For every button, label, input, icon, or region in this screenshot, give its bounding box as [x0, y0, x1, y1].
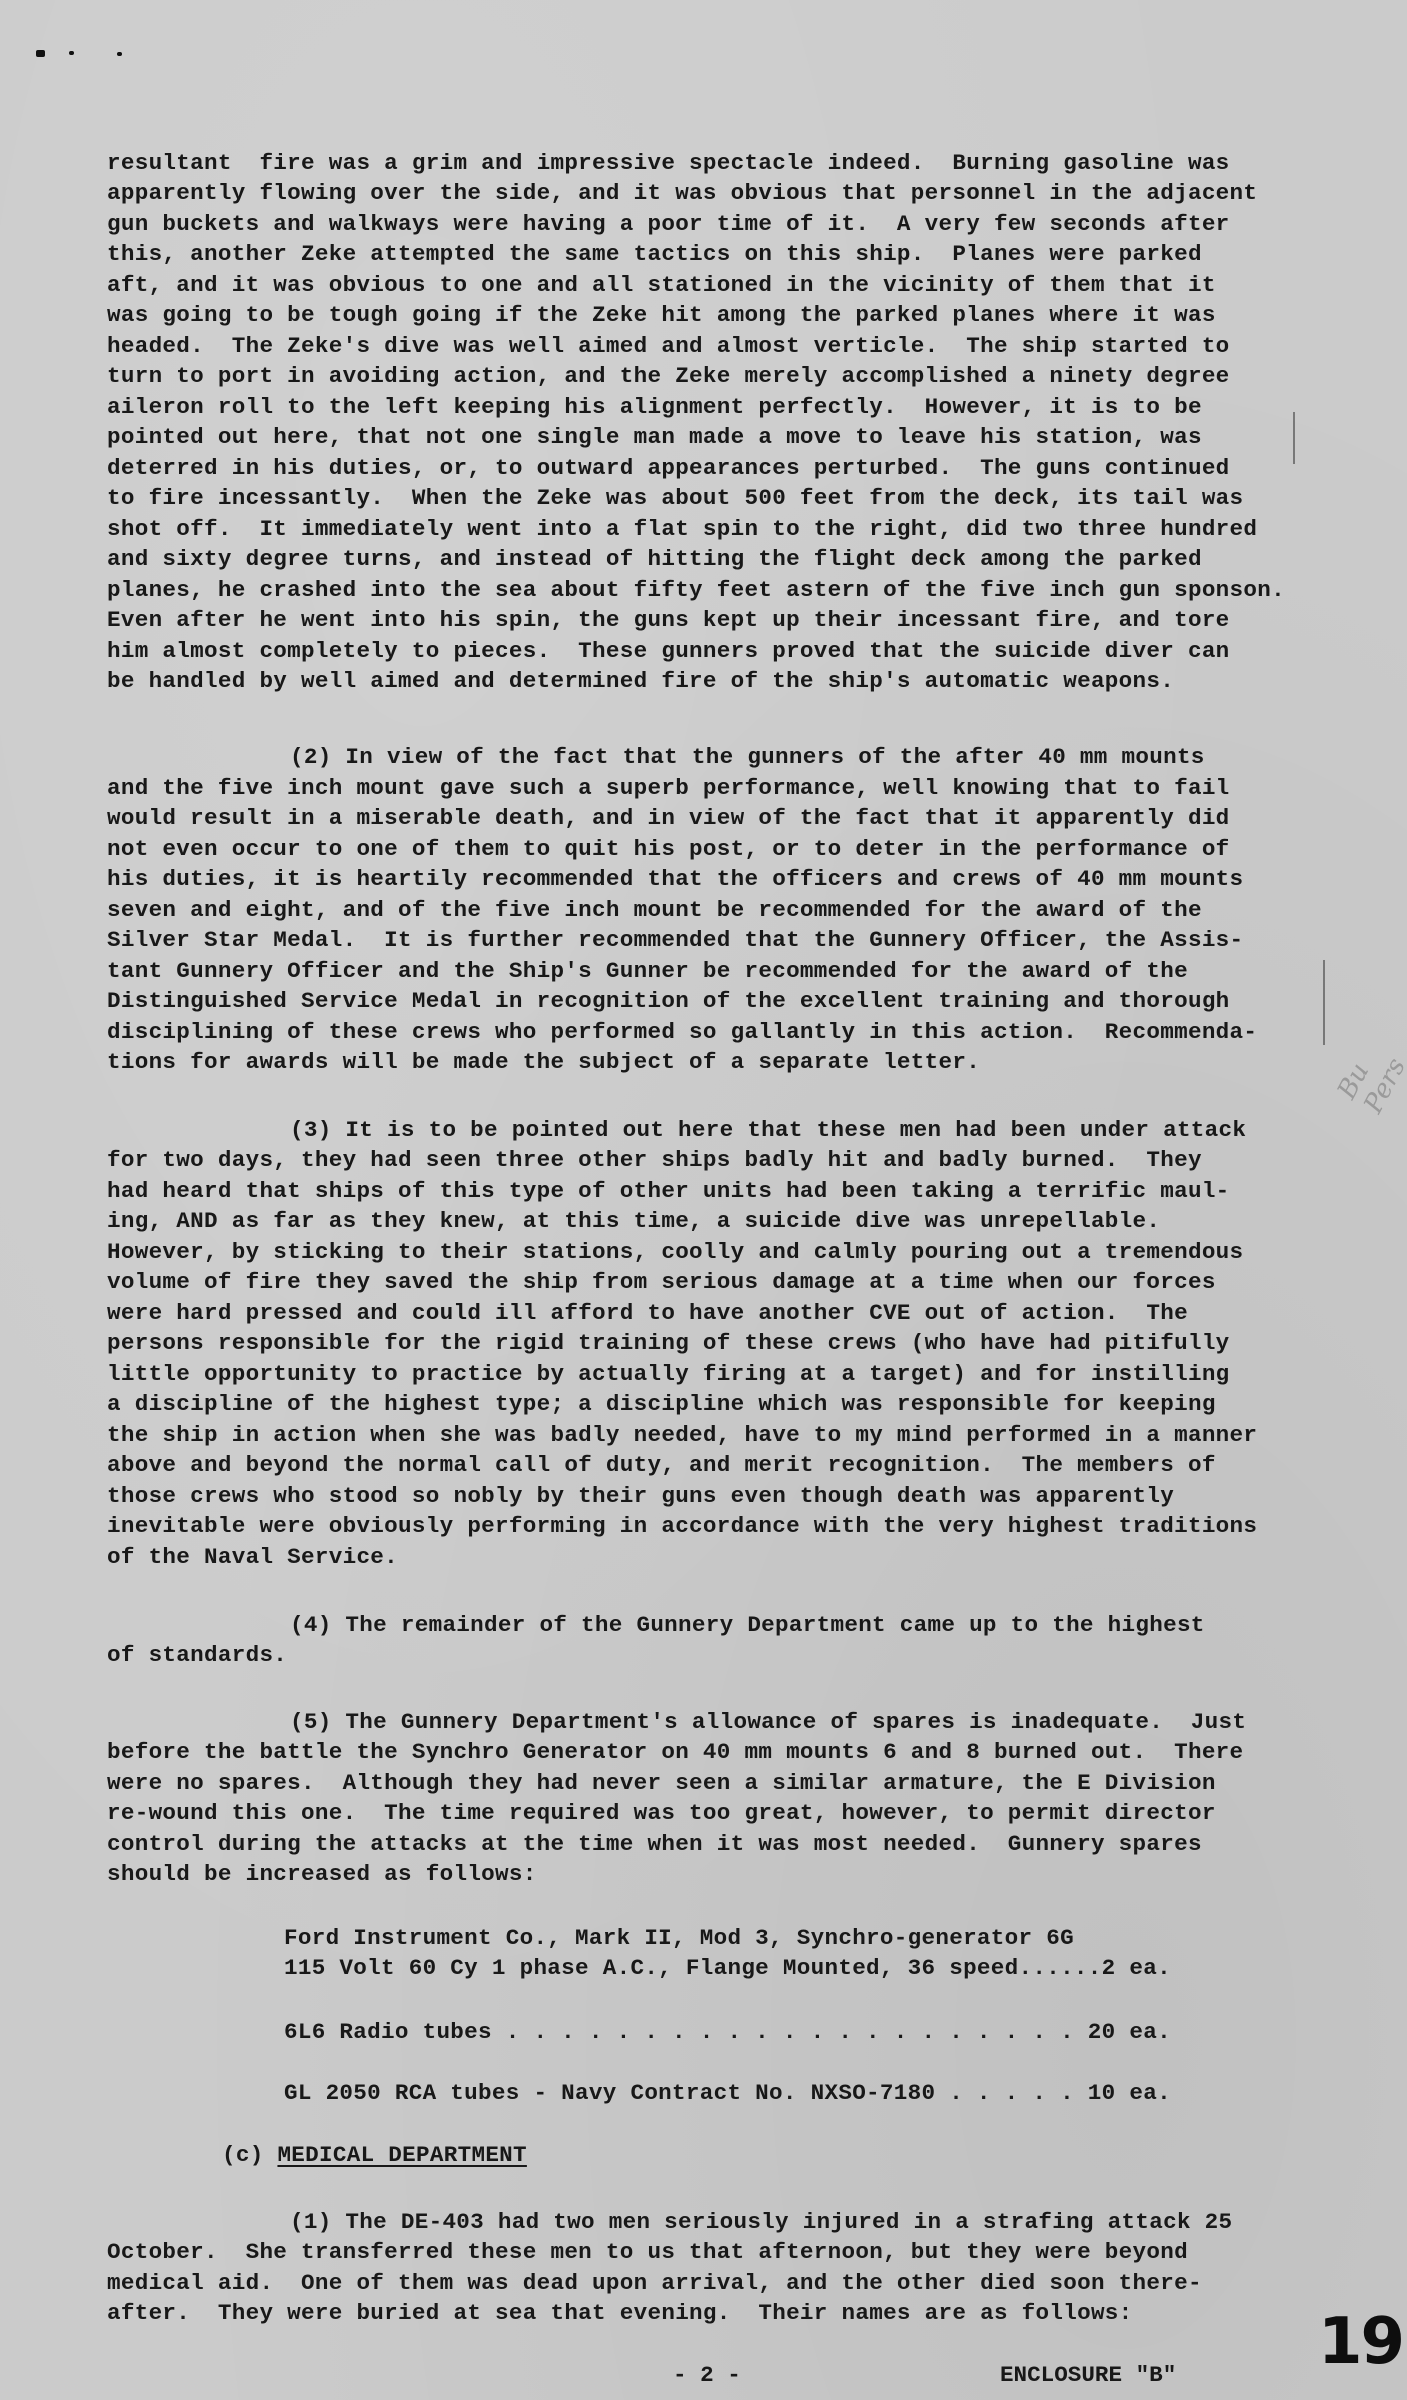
ink-speck: [69, 51, 74, 55]
text-line: his duties, it is heartily recommended t…: [107, 864, 1243, 894]
text-line: (2) In view of the fact that the gunners…: [290, 742, 1205, 772]
text-line: control during the attacks at the time w…: [107, 1829, 1202, 1859]
text-line: ing, AND as far as they knew, at this ti…: [107, 1206, 1160, 1236]
ink-speck: [36, 50, 45, 57]
margin-mark: [1323, 960, 1325, 1045]
text-line: of standards.: [107, 1640, 287, 1670]
text-line: resultant fire was a grim and impressive…: [107, 148, 1230, 178]
text-line: pointed out here, that not one single ma…: [107, 422, 1202, 452]
text-line: and the five inch mount gave such a supe…: [107, 773, 1230, 803]
margin-annotation: Bu Pers: [1332, 1024, 1407, 1118]
section-heading: (c) MEDICAL DEPARTMENT: [222, 2140, 527, 2170]
text-line: inevitable were obviously performing in …: [107, 1511, 1257, 1541]
text-line: medical aid. One of them was dead upon a…: [107, 2268, 1202, 2298]
text-line: Even after he went into his spin, the gu…: [107, 605, 1230, 635]
text-line: had heard that ships of this type of oth…: [107, 1176, 1230, 1206]
section-label: (c): [222, 2142, 277, 2168]
text-line: and sixty degree turns, and instead of h…: [107, 544, 1202, 574]
text-line: those crews who stood so nobly by their …: [107, 1481, 1174, 1511]
text-line: (5) The Gunnery Department's allowance o…: [290, 1707, 1246, 1737]
text-line: gun buckets and walkways were having a p…: [107, 209, 1230, 239]
text-line: re-wound this one. The time required was…: [107, 1798, 1216, 1828]
text-line: October. She transferred these men to us…: [107, 2237, 1188, 2267]
text-line: this, another Zeke attempted the same ta…: [107, 239, 1202, 269]
text-line: aft, and it was obvious to one and all s…: [107, 270, 1216, 300]
text-line: (4) The remainder of the Gunnery Departm…: [290, 1610, 1205, 1640]
text-line: (3) It is to be pointed out here that th…: [290, 1115, 1246, 1145]
text-line: Silver Star Medal. It is further recomme…: [107, 925, 1243, 955]
text-line: a discipline of the highest type; a disc…: [107, 1389, 1216, 1419]
section-title: MEDICAL DEPARTMENT: [277, 2142, 526, 2168]
text-line: headed. The Zeke's dive was well aimed a…: [107, 331, 1230, 361]
text-line: after. They were buried at sea that even…: [107, 2298, 1133, 2328]
text-line: would result in a miserable death, and i…: [107, 803, 1230, 833]
text-line: disciplining of these crews who performe…: [107, 1017, 1257, 1047]
handwritten-page-number: 19: [1318, 2305, 1403, 2379]
text-line: persons responsible for the rigid traini…: [107, 1328, 1230, 1358]
page-number: - 2 -: [673, 2362, 741, 2388]
text-line: However, by sticking to their stations, …: [107, 1237, 1243, 1267]
text-line: for two days, they had seen three other …: [107, 1145, 1202, 1175]
document-page: resultant fire was a grim and impressive…: [0, 0, 1407, 2400]
text-line: (1) The DE-403 had two men seriously inj…: [290, 2207, 1232, 2237]
spares-item-line: GL 2050 RCA tubes - Navy Contract No. NX…: [284, 2078, 1171, 2108]
enclosure-label: ENCLOSURE "B": [1000, 2362, 1176, 2388]
text-line: tant Gunnery Officer and the Ship's Gunn…: [107, 956, 1188, 986]
text-line: was going to be tough going if the Zeke …: [107, 300, 1216, 330]
text-line: turn to port in avoiding action, and the…: [107, 361, 1230, 391]
text-line: him almost completely to pieces. These g…: [107, 636, 1230, 666]
text-line: were no spares. Although they had never …: [107, 1768, 1216, 1798]
text-line: tions for awards will be made the subjec…: [107, 1047, 980, 1077]
text-line: shot off. It immediately went into a fla…: [107, 514, 1257, 544]
text-line: were hard pressed and could ill afford t…: [107, 1298, 1188, 1328]
text-line: aileron roll to the left keeping his ali…: [107, 392, 1202, 422]
text-line: before the battle the Synchro Generator …: [107, 1737, 1243, 1767]
text-line: planes, he crashed into the sea about fi…: [107, 575, 1285, 605]
spares-item-line: Ford Instrument Co., Mark II, Mod 3, Syn…: [284, 1923, 1074, 1953]
text-line: be handled by well aimed and determined …: [107, 666, 1174, 696]
text-line: of the Naval Service.: [107, 1542, 398, 1572]
spares-item-line: 6L6 Radio tubes . . . . . . . . . . . . …: [284, 2017, 1171, 2047]
text-line: not even occur to one of them to quit hi…: [107, 834, 1230, 864]
text-line: Distinguished Service Medal in recogniti…: [107, 986, 1230, 1016]
text-line: the ship in action when she was badly ne…: [107, 1420, 1257, 1450]
margin-mark: [1293, 412, 1295, 464]
ink-speck: [117, 52, 122, 56]
text-line: little opportunity to practice by actual…: [107, 1359, 1230, 1389]
text-line: to fire incessantly. When the Zeke was a…: [107, 483, 1243, 513]
spares-item-line: 115 Volt 60 Cy 1 phase A.C., Flange Moun…: [284, 1953, 1171, 1983]
text-line: seven and eight, and of the five inch mo…: [107, 895, 1202, 925]
text-line: apparently flowing over the side, and it…: [107, 178, 1257, 208]
text-line: above and beyond the normal call of duty…: [107, 1450, 1216, 1480]
text-line: should be increased as follows:: [107, 1859, 537, 1889]
text-line: deterred in his duties, or, to outward a…: [107, 453, 1230, 483]
text-line: volume of fire they saved the ship from …: [107, 1267, 1216, 1297]
